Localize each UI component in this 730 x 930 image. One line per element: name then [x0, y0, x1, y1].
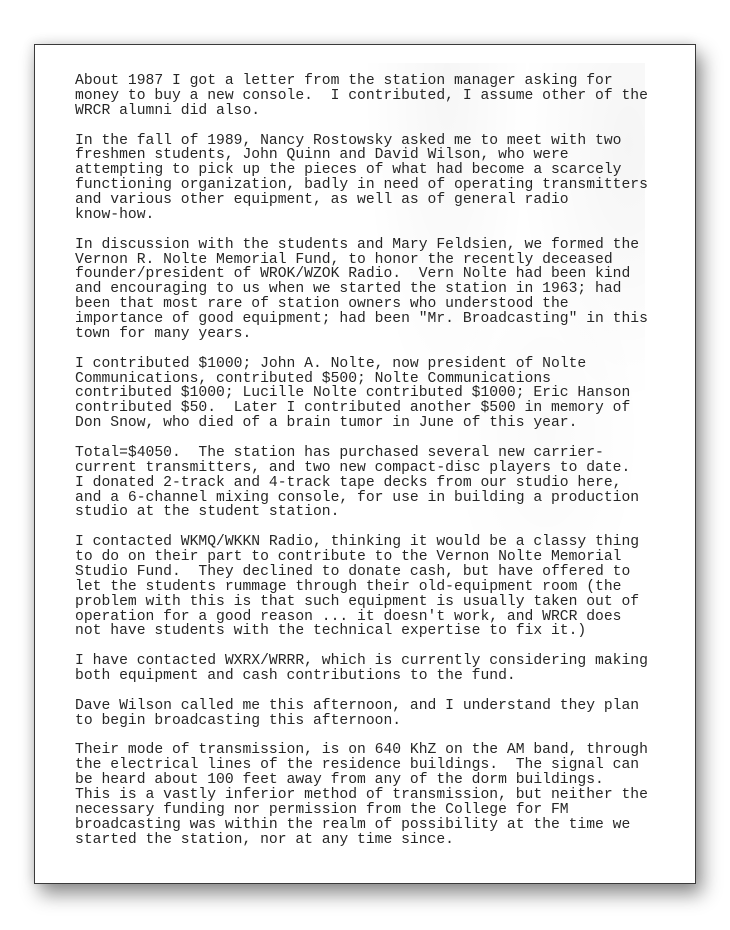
text-line: studio at the student station.: [75, 505, 687, 520]
text-line: operation for a good reason ... it doesn…: [75, 610, 687, 625]
text-line: Don Snow, who died of a brain tumor in J…: [75, 416, 687, 431]
text-line: Vernon R. Nolte Memorial Fund, to honor …: [75, 253, 687, 268]
text-line: attempting to pick up the pieces of what…: [75, 163, 687, 178]
paragraph-wkmq-wkkn-contact: I contacted WKMQ/WKKN Radio, thinking it…: [75, 535, 687, 639]
text-line: current transmitters, and two new compac…: [75, 461, 687, 476]
text-line: In the fall of 1989, Nancy Rostowsky ask…: [75, 134, 687, 149]
text-line: This is a vastly inferior method of tran…: [75, 788, 687, 803]
text-line: been that most rare of station owners wh…: [75, 297, 687, 312]
text-line: Total=$4050. The station has purchased s…: [75, 446, 687, 461]
text-line: About 1987 I got a letter from the stati…: [75, 74, 687, 89]
text-line: importance of good equipment; had been "…: [75, 312, 687, 327]
text-line: Dave Wilson called me this afternoon, an…: [75, 699, 687, 714]
paragraph-memorial-fund: In discussion with the students and Mary…: [75, 238, 687, 342]
text-line: WRCR alumni did also.: [75, 104, 687, 119]
text-line: In discussion with the students and Mary…: [75, 238, 687, 253]
document-body: About 1987 I got a letter from the stati…: [75, 74, 687, 848]
text-line: Communications, contributed $500; Nolte …: [75, 372, 687, 387]
text-line: know-how.: [75, 208, 687, 223]
text-line: and various other equipment, as well as …: [75, 193, 687, 208]
text-line: be heard about 100 feet away from any of…: [75, 773, 687, 788]
text-line: necessary funding nor permission from th…: [75, 803, 687, 818]
paragraph-wxrx-wrrr-contact: I have contacted WXRX/WRRR, which is cur…: [75, 654, 687, 684]
text-line: founder/president of WROK/WZOK Radio. Ve…: [75, 267, 687, 282]
text-line: let the students rummage through their o…: [75, 580, 687, 595]
text-line: both equipment and cash contributions to…: [75, 669, 687, 684]
text-line: I donated 2-track and 4-track tape decks…: [75, 476, 687, 491]
document-page: About 1987 I got a letter from the stati…: [34, 44, 696, 884]
text-line: not have students with the technical exp…: [75, 624, 687, 639]
text-line: I have contacted WXRX/WRRR, which is cur…: [75, 654, 687, 669]
text-line: Their mode of transmission, is on 640 Kh…: [75, 743, 687, 758]
paragraph-console-contribution: About 1987 I got a letter from the stati…: [75, 74, 687, 119]
paragraph-total-and-purchases: Total=$4050. The station has purchased s…: [75, 446, 687, 520]
text-line: I contacted WKMQ/WKKN Radio, thinking it…: [75, 535, 687, 550]
paragraph-contributions: I contributed $1000; John A. Nolte, now …: [75, 357, 687, 431]
paragraph-fall-1989-meeting: In the fall of 1989, Nancy Rostowsky ask…: [75, 134, 687, 223]
text-line: to do on their part to contribute to the…: [75, 550, 687, 565]
text-line: freshmen students, John Quinn and David …: [75, 148, 687, 163]
text-line: started the station, nor at any time sin…: [75, 833, 687, 848]
text-line: and a 6-channel mixing console, for use …: [75, 491, 687, 506]
text-line: money to buy a new console. I contribute…: [75, 89, 687, 104]
text-line: Studio Fund. They declined to donate cas…: [75, 565, 687, 580]
text-line: broadcasting was within the realm of pos…: [75, 818, 687, 833]
text-line: I contributed $1000; John A. Nolte, now …: [75, 357, 687, 372]
scanned-document-view: About 1987 I got a letter from the stati…: [0, 0, 730, 930]
text-line: contributed $50. Later I contributed ano…: [75, 401, 687, 416]
paragraph-transmission-mode: Their mode of transmission, is on 640 Kh…: [75, 743, 687, 847]
text-line: and encouraging to us when we started th…: [75, 282, 687, 297]
text-line: to begin broadcasting this afternoon.: [75, 714, 687, 729]
text-line: contributed $1000; Lucille Nolte contrib…: [75, 386, 687, 401]
text-line: town for many years.: [75, 327, 687, 342]
text-line: functioning organization, badly in need …: [75, 178, 687, 193]
text-line: the electrical lines of the residence bu…: [75, 758, 687, 773]
text-line: problem with this is that such equipment…: [75, 595, 687, 610]
paragraph-dave-wilson-call: Dave Wilson called me this afternoon, an…: [75, 699, 687, 729]
